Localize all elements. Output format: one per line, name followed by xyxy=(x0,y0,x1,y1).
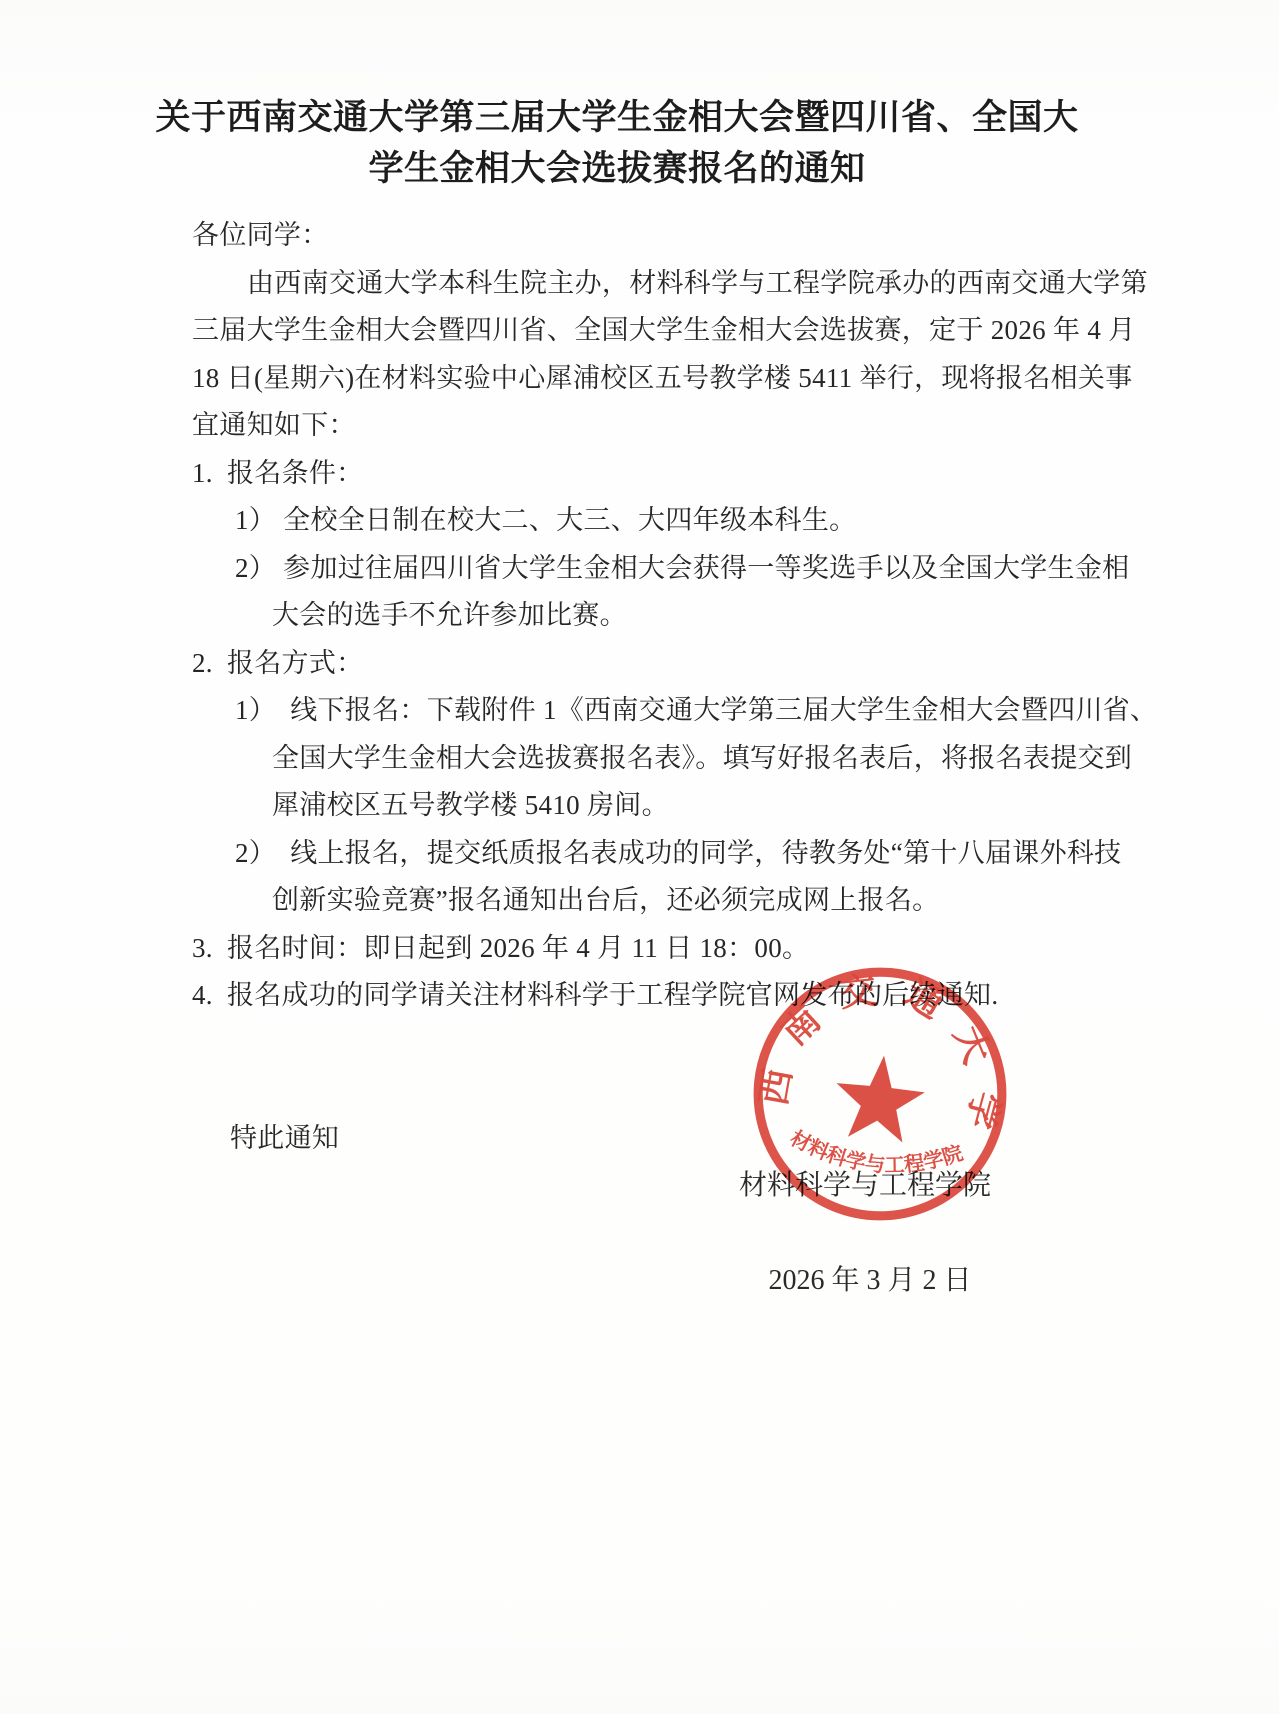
intro-line-3: 18 日(星期六)在材料实验中心犀浦校区五号教学楼 5411 举行，现将报名相关… xyxy=(192,355,1202,403)
item-1-sub-1: 1） 全校全日制在校大二、大三、大四年级本科生。 xyxy=(235,497,1202,545)
official-seal: 西南交通大学 材料科学与工程学院 xyxy=(735,949,1025,1239)
item-1-sub-2-line-1: 2） 参加过往届四川省大学生金相大会获得一等奖选手以及全国大学生金相 xyxy=(235,545,1202,593)
item-1-heading: 1. 报名条件： xyxy=(192,450,1202,498)
blank-line xyxy=(192,1067,1202,1115)
intro-line-4: 宜通知如下： xyxy=(192,402,1202,450)
item-2-sub-1-line-3: 犀浦校区五号教学楼 5410 房间。 xyxy=(272,782,1202,830)
notice-body: 各位同学： 由西南交通大学本科生院主办，材料科学与工程学院承办的西南交通大学第 … xyxy=(192,212,1202,1162)
closing-phrase: 特此通知 xyxy=(230,1115,1202,1163)
item-2-heading: 2. 报名方式： xyxy=(192,640,1202,688)
item-2-sub-1-line-2: 全国大学生金相大会选拔赛报名表》。填写好报名表后，将报名表提交到 xyxy=(272,735,1202,783)
item-3: 3. 报名时间：即日起到 2026 年 4 月 11 日 18：00。 xyxy=(192,925,1202,973)
intro-line-2: 三届大学生金相大会暨四川省、全国大学生金相大会选拔赛，定于 2026 年 4 月 xyxy=(192,307,1202,355)
item-4: 4. 报名成功的同学请关注材料科学于工程学院官网发布的后续通知. xyxy=(192,972,1202,1020)
intro-line-1: 由西南交通大学本科生院主办，材料科学与工程学院承办的西南交通大学第 xyxy=(192,260,1202,308)
salutation: 各位同学： xyxy=(192,212,1202,260)
item-1-sub-2-line-2: 大会的选手不允许参加比赛。 xyxy=(272,592,1202,640)
notice-title: 关于西南交通大学第三届大学生金相大会暨四川省、全国大 学生金相大会选拔赛报名的通… xyxy=(10,92,1224,194)
seal-star-icon xyxy=(831,1051,928,1144)
blank-line xyxy=(192,1020,1202,1068)
item-2-sub-2-line-1: 2） 线上报名，提交纸质报名表成功的同学，待教务处“第十八届课外科技 xyxy=(235,830,1202,878)
item-2-sub-1-line-1: 1） 线下报名：下载附件 1《西南交通大学第三届大学生金相大会暨四川省、 xyxy=(235,687,1202,735)
document-page: 关于西南交通大学第三届大学生金相大会暨四川省、全国大 学生金相大会选拔赛报名的通… xyxy=(0,0,1279,1714)
official-seal-graphic: 西南交通大学 材料科学与工程学院 xyxy=(735,949,1025,1239)
svg-text:材料科学与工程学院: 材料科学与工程学院 xyxy=(784,1122,969,1185)
signature-date: 2026 年 3 月 2 日 xyxy=(720,1258,1020,1298)
notice-title-line-2: 学生金相大会选拔赛报名的通知 xyxy=(10,143,1224,194)
notice-title-line-1: 关于西南交通大学第三届大学生金相大会暨四川省、全国大 xyxy=(10,92,1224,143)
item-2-sub-2-line-2: 创新实验竞赛”报名通知出台后，还必须完成网上报名。 xyxy=(272,877,1202,925)
seal-department-text: 材料科学与工程学院 xyxy=(784,1122,969,1185)
